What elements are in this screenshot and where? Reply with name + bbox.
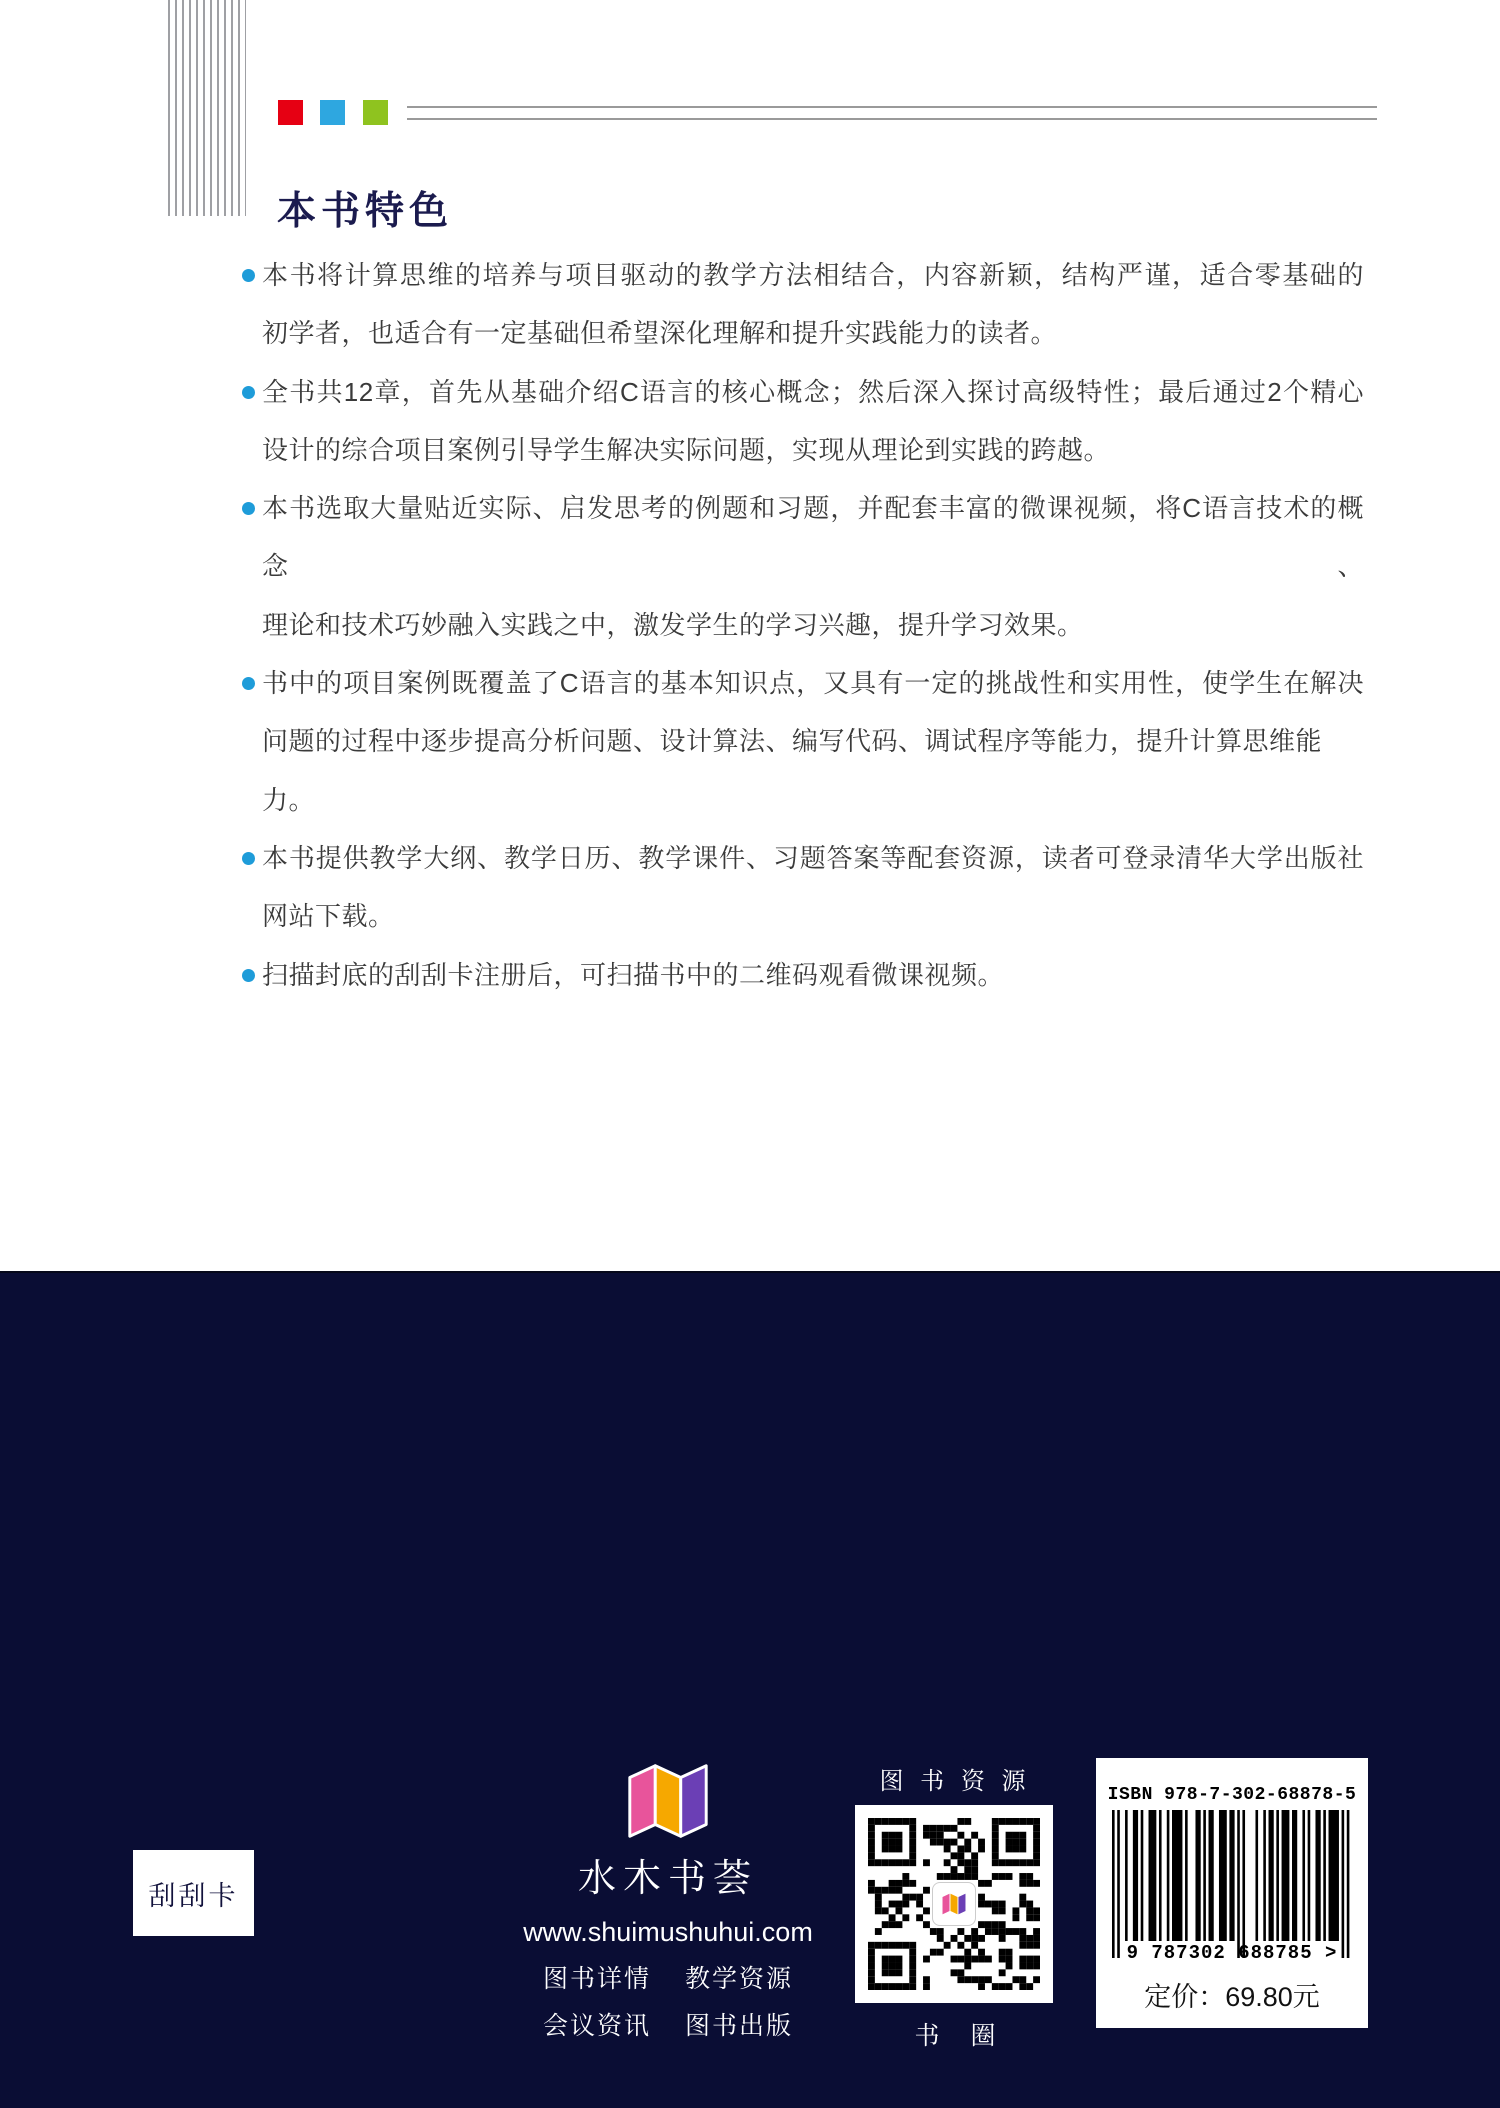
- feature-item: 本书将计算思维的培养与项目驱动的教学方法相结合，内容新颖，结构严谨，适合零基础的…: [242, 246, 1364, 363]
- feature-line: 网站下载。: [262, 887, 1364, 945]
- header-rule-bottom: [407, 118, 1377, 120]
- qr-top-label: 图 书 资 源: [855, 1761, 1055, 1796]
- feature-item: 书中的项目案例既覆盖了C语言的基本知识点，又具有一定的挑战性和实用性，使学生在解…: [242, 654, 1364, 829]
- qr-block: 图 书 资 源 书 圈: [855, 1761, 1055, 2052]
- bullet-icon: [242, 677, 255, 690]
- feature-line: 理论和技术巧妙融入实践之中，激发学生的学习兴趣，提升学习效果。: [262, 596, 1364, 654]
- bullet-icon: [242, 852, 255, 865]
- bullet-icon: [242, 969, 255, 982]
- page-title: 本书特色: [277, 180, 453, 236]
- accent-square-red-icon: [278, 100, 303, 125]
- isbn-text: ISBN 978-7-302-68878-5: [1096, 1785, 1368, 1805]
- price-label: 定价：69.80元: [1096, 1975, 1368, 2014]
- scratch-card-label: 刮刮卡: [149, 1874, 239, 1913]
- qr-code: [855, 1805, 1053, 2003]
- scratch-card-box: 刮刮卡: [133, 1850, 254, 1936]
- bullet-icon: [242, 269, 255, 282]
- barcode-digits: 9 787302 688785 >: [1096, 1942, 1368, 1964]
- brand-website: www.shuimushuhui.com: [518, 1917, 818, 1948]
- publisher-brand: 水木书荟 www.shuimushuhui.com 图书详情教学资源 会议资讯图…: [518, 1760, 818, 2042]
- qr-bottom-label: 书 圈: [855, 2016, 1055, 2052]
- accent-square-blue-icon: [320, 100, 345, 125]
- feature-item: 全书共12章，首先从基础介绍C语言的核心概念；然后深入探讨高级特性；最后通过2个…: [242, 363, 1364, 480]
- accent-square-green-icon: [363, 100, 388, 125]
- feature-line: 设计的综合项目案例引导学生解决实际问题，实现从理论到实践的跨越。: [262, 421, 1364, 479]
- brand-links-row-1: 图书详情教学资源: [518, 1959, 818, 1995]
- back-cover-top: 本书特色 本书将计算思维的培养与项目驱动的教学方法相结合，内容新颖，结构严谨，适…: [0, 0, 1500, 1273]
- decorative-stripes: [168, 0, 246, 216]
- qr-center-logo-icon: [932, 1882, 976, 1926]
- link-conference-info: 会议资讯: [543, 2012, 651, 2040]
- bullet-icon: [242, 502, 255, 515]
- brand-name: 水木书荟: [518, 1847, 818, 1902]
- isbn-barcode-block: ISBN 978-7-302-68878-5 9 787302 688785 >…: [1096, 1758, 1368, 2028]
- feature-line: 问题的过程中逐步提高分析问题、设计算法、编写代码、调试程序等能力，提升计算思维能…: [262, 712, 1364, 829]
- feature-item: 扫描封底的刮刮卡注册后，可扫描书中的二维码观看微课视频。: [242, 946, 1364, 1004]
- feature-line: 书中的项目案例既覆盖了C语言的基本知识点，又具有一定的挑战性和实用性，使学生在解…: [262, 654, 1364, 712]
- header-rule-top: [407, 106, 1377, 108]
- shuimu-book-icon: [620, 1760, 716, 1842]
- features-list: 本书将计算思维的培养与项目驱动的教学方法相结合，内容新颖，结构严谨，适合零基础的…: [242, 246, 1364, 1004]
- feature-line: 扫描封底的刮刮卡注册后，可扫描书中的二维码观看微课视频。: [262, 946, 1364, 1004]
- link-teaching-resources: 教学资源: [685, 1965, 793, 1993]
- back-cover-footer: 刮刮卡 水木书荟 www.shuimushuhui.com 图书详情教学资源 会…: [0, 1273, 1500, 2108]
- feature-line: 本书将计算思维的培养与项目驱动的教学方法相结合，内容新颖，结构严谨，适合零基础的: [262, 246, 1364, 304]
- link-book-details: 图书详情: [543, 1965, 651, 1993]
- feature-line: 初学者，也适合有一定基础但希望深化理解和提升实践能力的读者。: [262, 304, 1364, 362]
- feature-line: 全书共12章，首先从基础介绍C语言的核心概念；然后深入探讨高级特性；最后通过2个…: [262, 363, 1364, 421]
- brand-links-row-2: 会议资讯图书出版: [518, 2006, 818, 2042]
- bullet-icon: [242, 386, 255, 399]
- feature-line: 本书提供教学大纲、教学日历、教学课件、习题答案等配套资源，读者可登录清华大学出版…: [262, 829, 1364, 887]
- feature-item: 本书提供教学大纲、教学日历、教学课件、习题答案等配套资源，读者可登录清华大学出版…: [242, 829, 1364, 946]
- feature-line: 本书选取大量贴近实际、启发思考的例题和习题，并配套丰富的微课视频，将C语言技术的…: [262, 479, 1364, 596]
- link-book-publishing: 图书出版: [685, 2012, 793, 2040]
- feature-item: 本书选取大量贴近实际、启发思考的例题和习题，并配套丰富的微课视频，将C语言技术的…: [242, 479, 1364, 654]
- ean13-barcode: [1112, 1810, 1352, 1958]
